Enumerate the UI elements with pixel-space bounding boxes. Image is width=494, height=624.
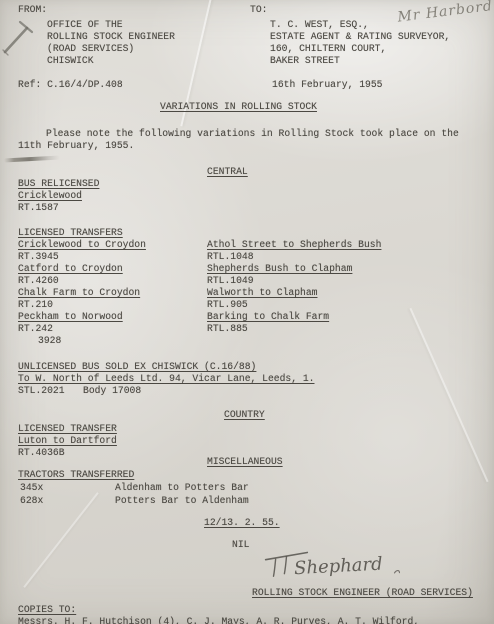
from-address-line: (ROAD SERVICES) bbox=[47, 43, 134, 55]
reference-number: Ref: C.16/4/DP.408 bbox=[18, 79, 123, 91]
to-address-line: ESTATE AGENT & RATING SURVEYOR, bbox=[270, 31, 450, 43]
pin-mark-icon bbox=[0, 20, 34, 62]
tractor-unit: 628x bbox=[20, 495, 43, 507]
page-title: VARIATIONS IN ROLLING STOCK bbox=[160, 101, 317, 113]
signature-name: Shephard bbox=[294, 554, 384, 580]
pencil-check-mark bbox=[4, 156, 60, 163]
vehicle-number: STL.2021 bbox=[18, 385, 65, 397]
transfer-route: Cricklewood to Croydon bbox=[18, 239, 146, 251]
to-address-line: 160, CHILTERN COURT, bbox=[270, 43, 386, 55]
bus-relicensed-garage: Cricklewood bbox=[18, 190, 82, 202]
vehicle-number: RTL.885 bbox=[207, 323, 248, 335]
handwritten-signature: Shephard bbox=[255, 538, 417, 592]
vehicle-number: RTL.905 bbox=[207, 299, 248, 311]
intro-line: Please note the following variations in … bbox=[46, 128, 459, 140]
from-address-line: ROLLING STOCK ENGINEER bbox=[47, 31, 175, 43]
section-heading-country: COUNTRY bbox=[224, 409, 265, 421]
vehicle-number: RT.242 bbox=[18, 323, 53, 335]
signoff-title: ROLLING STOCK ENGINEER (ROAD SERVICES) bbox=[252, 587, 473, 599]
vehicle-number: RT.4036B bbox=[18, 447, 65, 459]
memo-date: 16th February, 1955 bbox=[272, 79, 382, 91]
copies-recipients: Messrs. H. F. Hutchison (4), C. J. Mays,… bbox=[18, 616, 419, 624]
vehicle-number: RT.1587 bbox=[18, 202, 59, 214]
unlicensed-sale-buyer: To W. North of Leeds Ltd. 94, Vicar Lane… bbox=[18, 373, 315, 385]
tractor-route: Aldenham to Potters Bar bbox=[115, 482, 249, 494]
body-number: Body 17008 bbox=[83, 385, 141, 397]
bus-relicensed-heading: BUS RELICENSED bbox=[18, 178, 99, 190]
to-label: TO: bbox=[250, 4, 267, 16]
vehicle-number: 3928 bbox=[38, 335, 61, 347]
from-address-line: CHISWICK bbox=[47, 55, 94, 67]
vehicle-number: RT.4260 bbox=[18, 275, 59, 287]
section-heading-central: CENTRAL bbox=[207, 166, 248, 178]
section-heading-miscellaneous: MISCELLANEOUS bbox=[207, 456, 283, 468]
transfer-route: Peckham to Norwood bbox=[18, 311, 123, 323]
transfer-route: Barking to Chalk Farm bbox=[207, 311, 329, 323]
vehicle-number: RT.210 bbox=[18, 299, 53, 311]
vehicle-number: RT.3945 bbox=[18, 251, 59, 263]
handwritten-recipient-note: Mr Harbord bbox=[397, 0, 494, 26]
paper-crease bbox=[409, 308, 488, 482]
tractors-heading: TRACTORS TRANSFERRED bbox=[18, 469, 134, 481]
memo-document: Mr Harbord FROM: OFFICE OF THE ROLLING S… bbox=[0, 0, 494, 624]
tractor-route: Potters Bar to Aldenham bbox=[115, 495, 249, 507]
licensed-transfer-heading: LICENSED TRANSFER bbox=[18, 423, 117, 435]
followup-date-heading: 12/13. 2. 55. bbox=[204, 517, 280, 529]
vehicle-number: RTL.1049 bbox=[207, 275, 254, 287]
transfer-route: Catford to Croydon bbox=[18, 263, 123, 275]
from-address-line: OFFICE OF THE bbox=[47, 19, 123, 31]
nil-entry: NIL bbox=[232, 539, 249, 551]
transfer-route: Shepherds Bush to Clapham bbox=[207, 263, 352, 275]
transfer-route: Athol Street to Shepherds Bush bbox=[207, 239, 381, 251]
transfer-route: Luton to Dartford bbox=[18, 435, 117, 447]
intro-line: 11th February, 1955. bbox=[18, 140, 134, 152]
tractor-unit: 345x bbox=[20, 482, 43, 494]
from-label: FROM: bbox=[18, 4, 47, 16]
unlicensed-sale-heading: UNLICENSED BUS SOLD EX CHISWICK (C.16/88… bbox=[18, 361, 256, 373]
transfer-route: Walworth to Clapham bbox=[207, 287, 317, 299]
vehicle-number: RTL.1048 bbox=[207, 251, 254, 263]
copies-heading: COPIES TO: bbox=[18, 604, 76, 616]
transfer-route: Chalk Farm to Croydon bbox=[18, 287, 140, 299]
licensed-transfers-heading: LICENSED TRANSFERS bbox=[18, 227, 123, 239]
to-address-line: BAKER STREET bbox=[270, 55, 340, 67]
to-address-line: T. C. WEST, ESQ., bbox=[270, 19, 369, 31]
